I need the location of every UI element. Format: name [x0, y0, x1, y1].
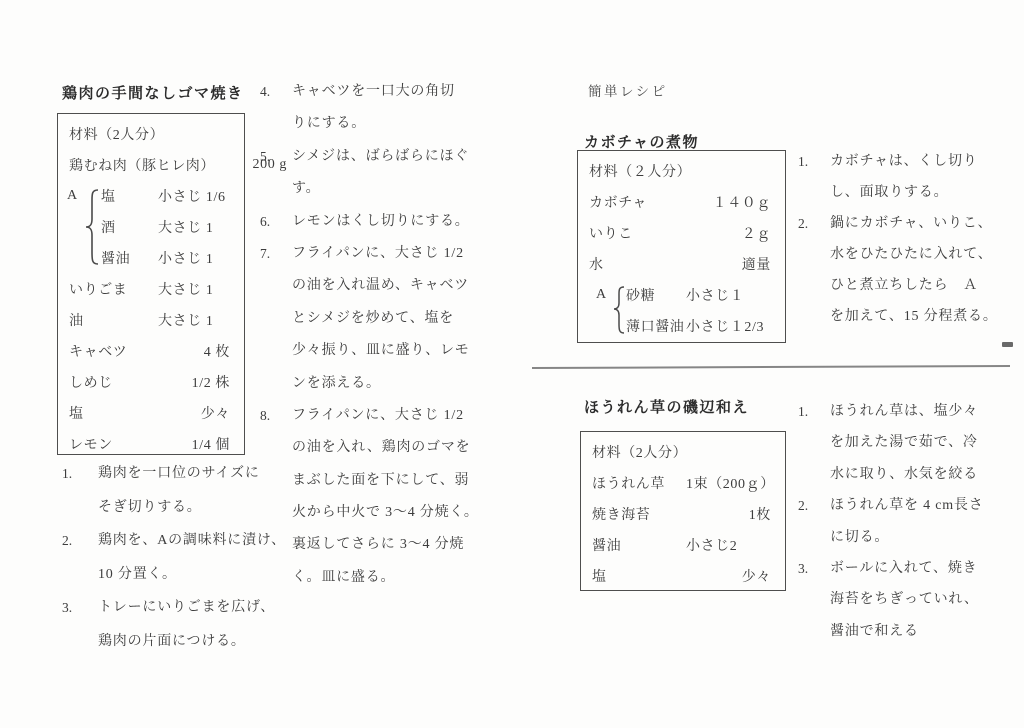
- step-text-line: シメジは、ばらばらにほぐ: [292, 141, 469, 173]
- step-text-line: フライパンに、大さじ 1/2: [292, 400, 479, 432]
- ingredient-amount: 少々: [158, 403, 230, 423]
- ingredient-row: 砂糖 小さじ１: [578, 279, 785, 310]
- step: 3. トレーにいりごまを広げ、 鶏肉の片面につける。: [62, 591, 277, 658]
- ingredients-header-label: 材料（2人分）: [592, 442, 687, 462]
- step: 1. カボチャは、くし切り し、面取りする。: [798, 146, 1018, 208]
- scanned-recipe-document: 鶏肉の手間なしゴマ焼き 材料（2人分） 鶏むね肉（豚ヒレ肉） 200 g 塩 小…: [0, 0, 1024, 728]
- step-text-line: 鍋にカボチャ、いりこ、: [830, 208, 998, 239]
- ingredients-header-label: 材料（2人分）: [69, 124, 164, 144]
- ingredient-amount: 小さじ 1/6: [158, 186, 230, 206]
- ingredient-amount: 小さじ１2/3: [686, 316, 771, 336]
- group-a-brace-icon: [84, 188, 100, 266]
- ingredient-amount: 大さじ 1: [158, 310, 230, 330]
- ingredient-name: 水: [589, 254, 604, 274]
- ingredient-amount: 1/2 株: [158, 372, 230, 392]
- step-text-line: 裏返してさらに 3〜4 分焼: [292, 529, 479, 561]
- ingredient-row: 塩 少々: [581, 560, 785, 591]
- step-number: 1.: [798, 146, 830, 177]
- step-text-line: を加えて、15 分程煮る。: [830, 301, 998, 332]
- scan-artifact-mark: [1002, 342, 1013, 347]
- ingredients-box-spinach: 材料（2人分） ほうれん草 1束（200ｇ） 焼き海苔 1枚 醤油 小さじ2 塩…: [580, 431, 786, 591]
- ingredient-name: しめじ: [69, 372, 113, 392]
- chicken-steps-1-3: 1. 鶏肉を一口位のサイズに そぎ切りする。 2. 鶏肉を、Aの調味料に漬け、 …: [62, 457, 277, 658]
- ingredient-amount: 大さじ 1: [158, 279, 230, 299]
- spinach-steps: 1. ほうれん草は、塩少々 を加えた湯で茹で、冷 水に取り、水気を絞る 2. ほ…: [798, 396, 1020, 647]
- step-text-line: 鶏肉を一口位のサイズに: [98, 457, 260, 491]
- ingredient-name: いりごま: [69, 279, 127, 299]
- step-number: 1.: [798, 396, 830, 427]
- ingredient-row: 塩 少々: [58, 397, 244, 428]
- recipe-title-spinach: ほうれん草の磯辺和え: [584, 396, 749, 417]
- step: 2. 鶏肉を、Aの調味料に漬け、 10 分置く。: [62, 524, 277, 591]
- step-text-line: す。: [292, 173, 469, 205]
- ingredient-name: 油: [69, 310, 84, 330]
- recipe-title-pumpkin: カボチャの煮物: [584, 131, 699, 152]
- step: 1. ほうれん草は、塩少々 を加えた湯で茹で、冷 水に取り、水気を絞る: [798, 396, 1020, 490]
- step-text-line: フライパンに、大さじ 1/2: [292, 238, 470, 270]
- ingredient-name: いりこ: [589, 223, 633, 243]
- step-text-line: 10 分置く。: [98, 558, 286, 592]
- step-text-line: 水に取り、水気を絞る: [830, 459, 978, 490]
- step-text-line: レモンはくし切りにする。: [292, 206, 470, 238]
- ingredients-header-label: 材料（２人分）: [589, 161, 691, 181]
- step-text-line: を加えた湯で茹で、冷: [830, 427, 978, 458]
- step-text-line: 水をひたひたに入れて、: [830, 239, 998, 270]
- step: 2. 鍋にカボチャ、いりこ、 水をひたひたに入れて、 ひと煮立ちしたら Ａ を加…: [798, 208, 1018, 332]
- ingredient-row: ほうれん草 1束（200ｇ）: [581, 467, 785, 498]
- step: 4. キャベツを一口大の角切 りにする。: [260, 76, 475, 141]
- group-a-brace-icon: [612, 285, 626, 335]
- pumpkin-steps: 1. カボチャは、くし切り し、面取りする。 2. 鍋にカボチャ、いりこ、 水を…: [798, 146, 1018, 332]
- step-text-line: とシメジを炒めて、塩を: [292, 303, 470, 335]
- chicken-steps-4-8: 4. キャベツを一口大の角切 りにする。 5. シメジは、ばらばらにほぐ す。 …: [260, 76, 475, 594]
- step: 8. フライパンに、大さじ 1/2 の油を入れ、鶏肉のゴマを まぶした面を下にし…: [260, 400, 475, 594]
- step-text-line: し、面取りする。: [830, 177, 978, 208]
- ingredient-row: 焼き海苔 1枚: [581, 498, 785, 529]
- ingredient-row: 鶏むね肉（豚ヒレ肉） 200 g: [58, 149, 244, 180]
- step-text-line: の油を入れ温め、キャベツ: [292, 270, 470, 302]
- ingredient-amount: １４０ｇ: [686, 192, 771, 212]
- step-text-line: りにする。: [292, 108, 455, 140]
- step-number: 2.: [798, 490, 830, 521]
- step-number: 4.: [260, 76, 292, 108]
- step-number: 3.: [798, 553, 830, 584]
- step-text-line: ボールに入れて、焼き: [830, 553, 979, 584]
- recipe-title-chicken-sesame: 鶏肉の手間なしゴマ焼き: [62, 82, 244, 103]
- ingredients-box-pumpkin: 材料（２人分） カボチャ １４０ｇ いりこ ２ｇ 水 適量 砂糖 小さじ１ 薄口…: [577, 150, 786, 343]
- step-text-line: く。皿に盛る。: [292, 562, 479, 594]
- step-text-line: ンを添える。: [292, 368, 470, 400]
- ingredient-name: キャベツ: [69, 341, 127, 361]
- step-text-line: キャベツを一口大の角切: [292, 76, 455, 108]
- step-text-line: の油を入れ、鶏肉のゴマを: [292, 432, 479, 464]
- ingredient-amount: 少々: [686, 566, 771, 586]
- step-text-line: 火から中火で 3〜4 分焼く。: [292, 497, 479, 529]
- ingredient-name: 醤油: [592, 535, 621, 555]
- step: 1. 鶏肉を一口位のサイズに そぎ切りする。: [62, 457, 277, 524]
- ingredient-name: 薄口醤油: [626, 316, 684, 336]
- ingredient-name: 酒: [101, 217, 116, 237]
- ingredient-name: カボチャ: [589, 192, 647, 212]
- step-text-line: カボチャは、くし切り: [830, 146, 978, 177]
- ingredient-name: レモン: [69, 434, 113, 454]
- step: 7. フライパンに、大さじ 1/2 の油を入れ温め、キャベツ とシメジを炒めて、…: [260, 238, 475, 400]
- step-text-line: 鶏肉を、Aの調味料に漬け、: [98, 524, 286, 558]
- step-number: 7.: [260, 238, 292, 270]
- ingredient-name: 砂糖: [626, 285, 655, 305]
- step-number: 2.: [798, 208, 830, 239]
- ingredients-header: 材料（2人分）: [58, 118, 244, 149]
- page-header-simple-recipes: 簡単レシピ: [588, 80, 668, 100]
- ingredient-amount: 小さじ2: [686, 535, 771, 555]
- ingredient-amount: 大さじ 1: [158, 217, 230, 237]
- ingredients-header: 材料（2人分）: [581, 436, 785, 467]
- ingredient-name: ほうれん草: [592, 473, 665, 493]
- step-number: 6.: [260, 206, 292, 238]
- ingredient-amount: 1束（200ｇ）: [686, 473, 771, 493]
- ingredient-name: 醤油: [101, 248, 130, 268]
- step-text-line: に切る。: [830, 522, 984, 553]
- ingredient-amount: 1/4 個: [158, 434, 230, 454]
- ingredient-amount: 小さじ 1: [158, 248, 230, 268]
- step-number: 1.: [62, 457, 98, 491]
- ingredient-amount: 適量: [686, 254, 771, 274]
- ingredient-row: いりごま 大さじ 1: [58, 273, 244, 304]
- ingredient-row: 醤油 小さじ2: [581, 529, 785, 560]
- step-text-line: 鶏肉の片面につける。: [98, 625, 275, 659]
- step-text-line: ほうれん草は、塩少々: [830, 396, 978, 427]
- ingredient-name: 焼き海苔: [592, 504, 650, 524]
- step: 2. ほうれん草を 4 cm長さ に切る。: [798, 490, 1020, 553]
- step-number: 2.: [62, 524, 98, 558]
- step: 5. シメジは、ばらばらにほぐ す。: [260, 141, 475, 206]
- ingredient-amount: 4 枚: [158, 341, 230, 361]
- group-a-label: A: [67, 180, 77, 211]
- ingredient-row: キャベツ 4 枚: [58, 335, 244, 366]
- ingredient-name: 塩: [69, 403, 84, 423]
- ingredient-row: カボチャ １４０ｇ: [578, 186, 785, 217]
- step-text-line: ひと煮立ちしたら Ａ: [830, 270, 998, 301]
- step-number: 3.: [62, 591, 98, 625]
- step-text-line: 少々振り、皿に盛り、レモ: [292, 335, 470, 367]
- ingredient-row: 水 適量: [578, 248, 785, 279]
- step-text-line: そぎ切りする。: [98, 491, 260, 525]
- step: 3. ボールに入れて、焼き 海苔をちぎっていれ、 醤油で和える: [798, 553, 1020, 647]
- ingredient-row: 薄口醤油 小さじ１2/3: [578, 310, 785, 341]
- ingredient-amount: ２ｇ: [686, 223, 771, 243]
- step-text-line: 醤油で和える: [830, 616, 979, 647]
- ingredient-row: しめじ 1/2 株: [58, 366, 244, 397]
- step-text-line: まぶした面を下にして、弱: [292, 465, 479, 497]
- ingredient-row: 油 大さじ 1: [58, 304, 244, 335]
- section-divider: [532, 365, 1010, 369]
- step-text-line: トレーにいりごまを広げ、: [98, 591, 275, 625]
- ingredient-amount: 小さじ１: [686, 285, 771, 305]
- ingredient-amount: 1枚: [686, 504, 771, 524]
- ingredient-name: 塩: [101, 186, 116, 206]
- ingredient-row: いりこ ２ｇ: [578, 217, 785, 248]
- group-a-label: A: [596, 279, 606, 310]
- ingredient-name: 塩: [592, 566, 607, 586]
- step-text-line: 海苔をちぎっていれ、: [830, 584, 979, 615]
- ingredients-box-chicken: 材料（2人分） 鶏むね肉（豚ヒレ肉） 200 g 塩 小さじ 1/6 酒 大さじ…: [57, 113, 245, 455]
- step-number: 8.: [260, 400, 292, 432]
- step-text-line: ほうれん草を 4 cm長さ: [830, 490, 984, 521]
- ingredients-header: 材料（２人分）: [578, 155, 785, 186]
- step-number: 5.: [260, 141, 292, 173]
- step: 6. レモンはくし切りにする。: [260, 206, 475, 238]
- ingredient-row: レモン 1/4 個: [58, 428, 244, 459]
- ingredient-name: 鶏むね肉（豚ヒレ肉）: [69, 155, 215, 175]
